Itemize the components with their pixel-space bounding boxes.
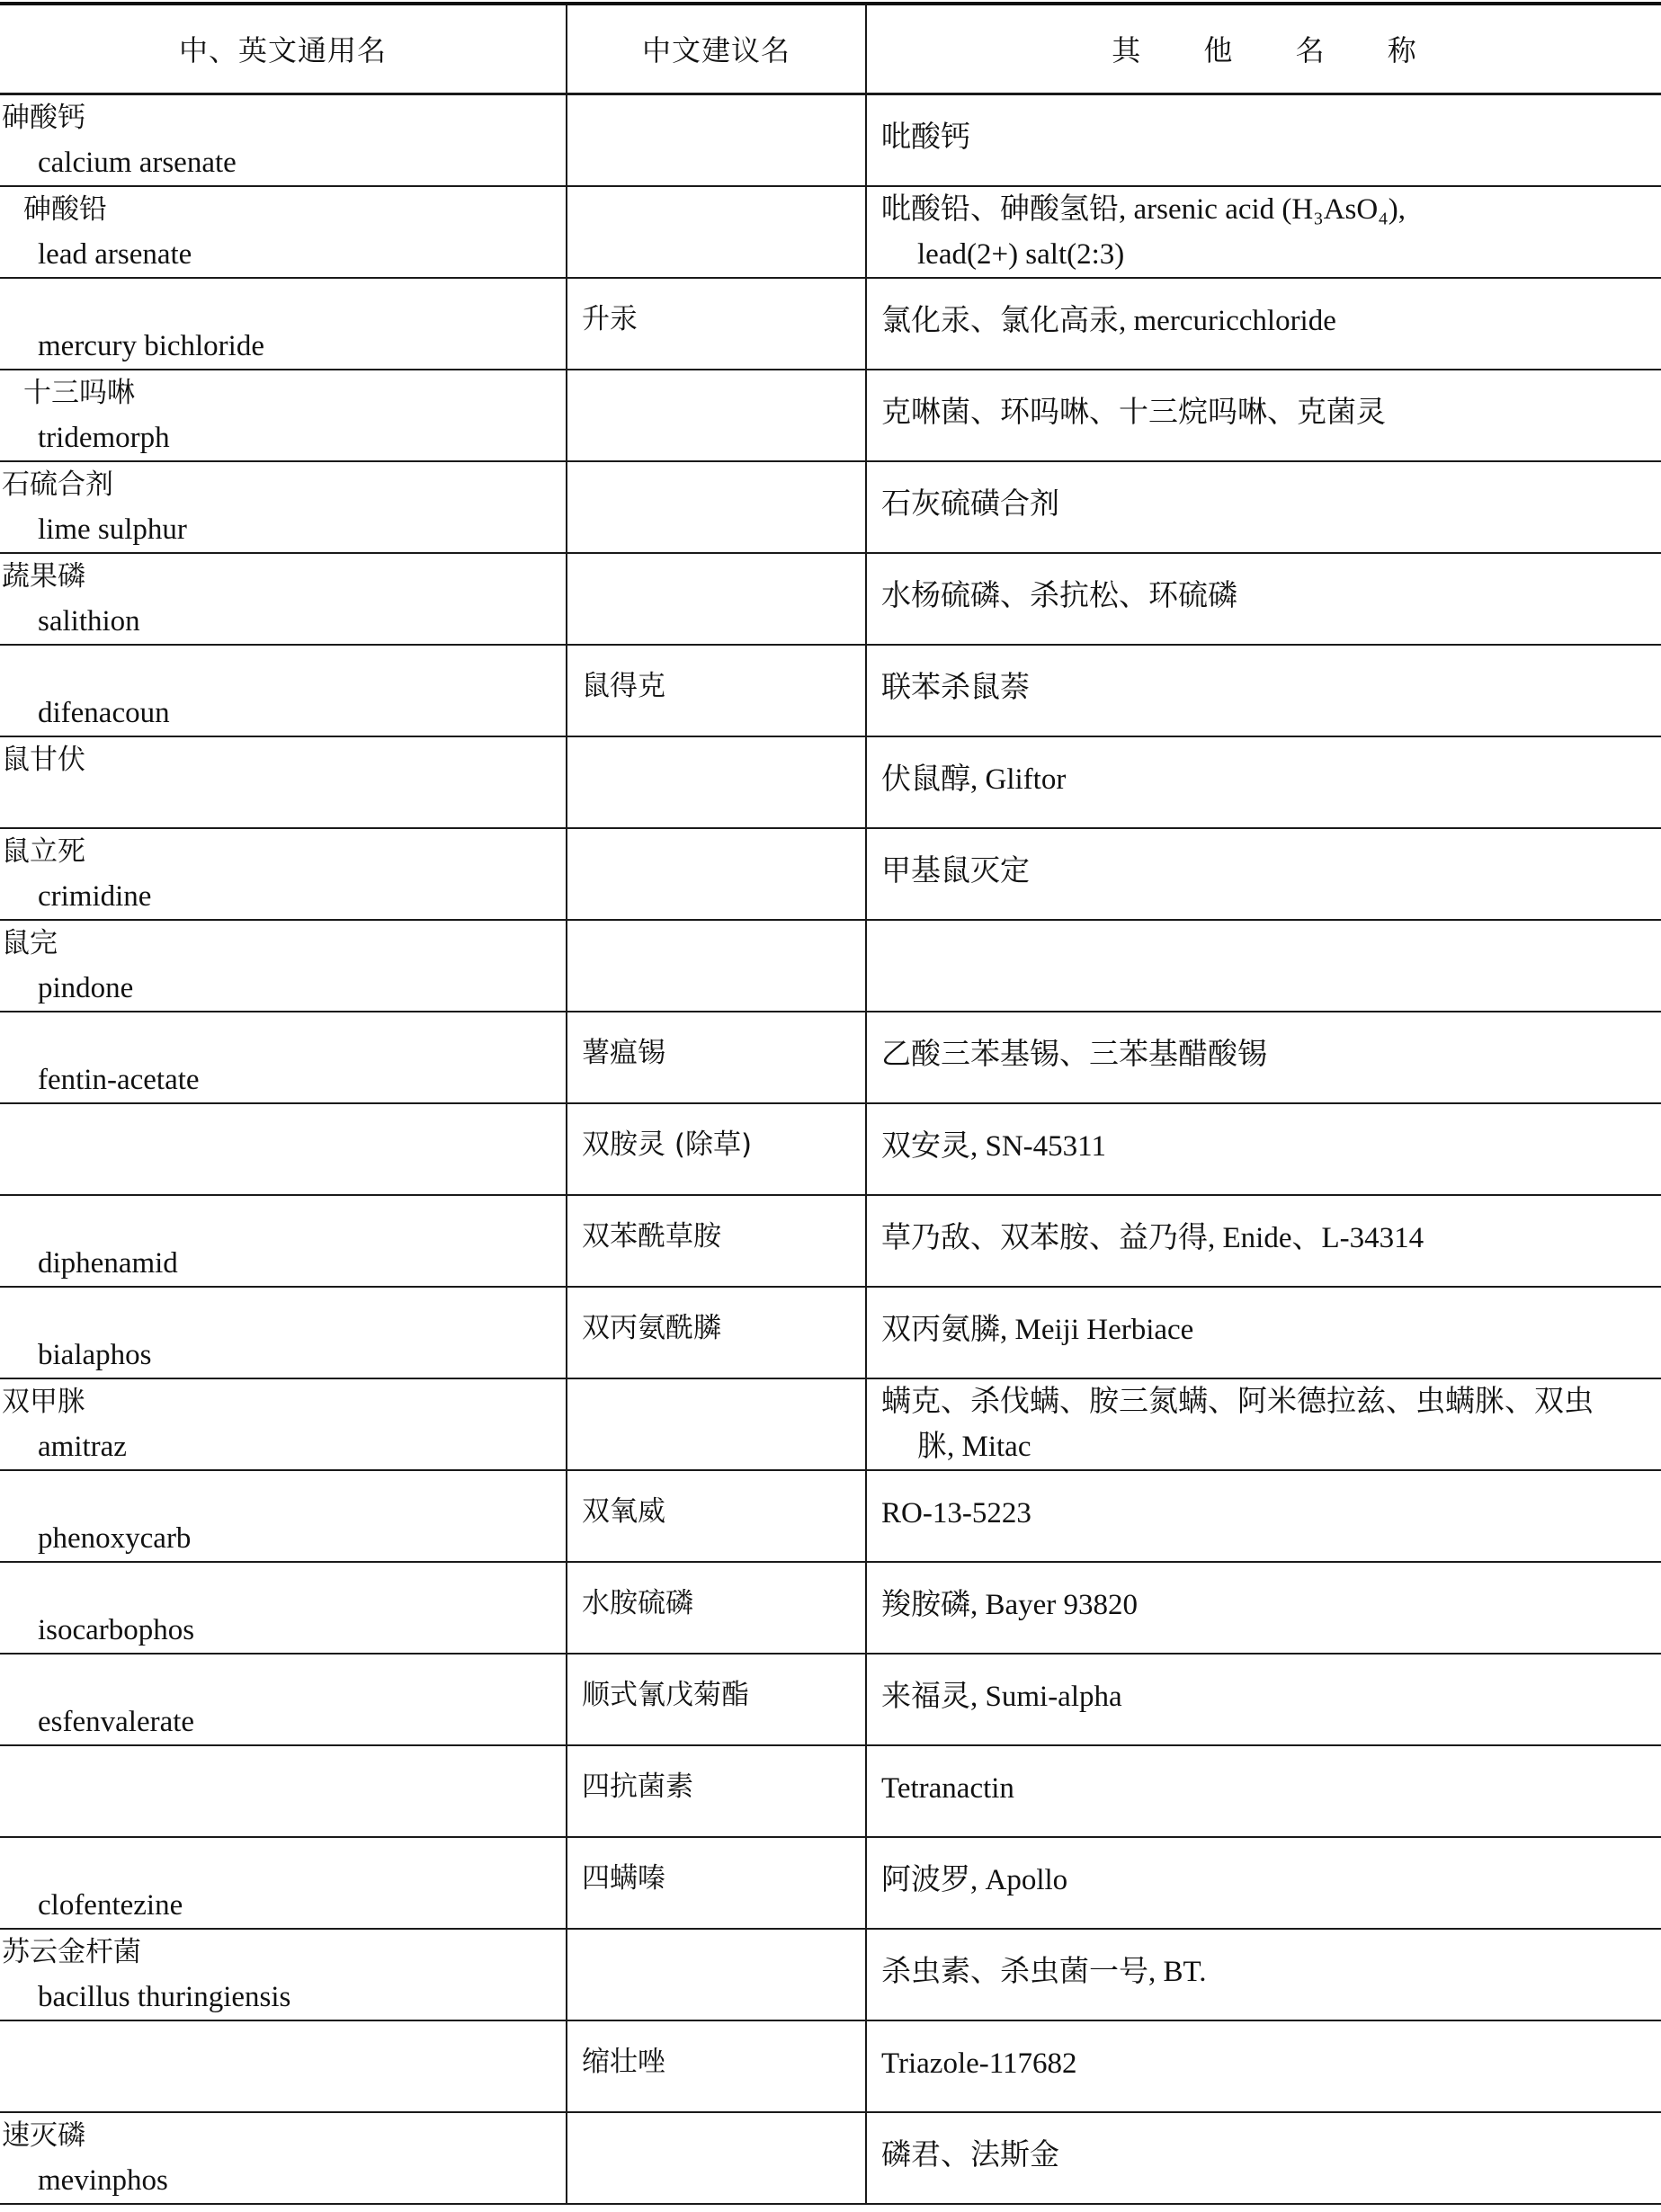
english-common-name: lime sulphur [0,507,566,552]
chinese-common-name [0,1012,566,1057]
suggested-name-cell [567,1929,866,2020]
other-names-text: 伏鼠醇, Gliftor [867,737,1661,802]
chinese-common-name [0,1838,566,1883]
english-common-name [0,1149,566,1194]
suggested-chinese-name [567,1379,865,1397]
suggested-name-cell: 双胺灵 (除草) [567,1103,866,1195]
english-common-name [0,2066,566,2111]
other-names-text: 吡酸钙 [867,95,1661,160]
suggested-name-cell: 顺式氰戊菊酯 [567,1654,866,1745]
other-names-cell: 阿波罗, Apollo [866,1837,1661,1929]
english-common-name: phenoxycarb [0,1516,566,1561]
english-common-name: calcium arsenate [0,140,566,185]
table-row: 鼠立死crimidine甲基鼠灭定 [0,828,1661,920]
table-row: 双甲脒amitraz螨克、杀伐螨、胺三氮螨、阿米德拉兹、虫螨脒、双虫脒, Mit… [0,1378,1661,1470]
suggested-chinese-name: 鼠得克 [567,646,865,709]
other-names-text: 羧胺磷, Bayer 93820 [867,1563,1661,1628]
common-name-cell: diphenamid [0,1195,567,1287]
other-names-text: 螨克、杀伐螨、胺三氮螨、阿米德拉兹、虫螨脒、双虫 [867,1379,1661,1424]
chinese-common-name [0,1746,566,1791]
other-names-continuation: lead(2+) salt(2:3) [867,232,1661,277]
chinese-common-name [0,279,566,324]
other-names-cell: 草乃敌、双苯胺、益乃得, Enide、L-34314 [866,1195,1661,1287]
common-name-cell: 苏云金杆菌bacillus thuringiensis [0,1929,567,2020]
suggested-name-cell: 四螨嗪 [567,1837,866,1929]
english-common-name: mevinphos [0,2158,566,2203]
common-name-cell: 蔬果磷salithion [0,553,567,645]
chinese-common-name [0,1104,566,1149]
header-suggested-cn-name: 中文建议名 [567,4,866,94]
english-common-name: bialaphos [0,1333,566,1378]
suggested-name-cell [567,94,866,187]
english-common-name: esfenvalerate [0,1699,566,1744]
chinese-common-name: 砷酸铅 [0,187,566,232]
other-names-cell: 联苯杀鼠萘 [866,645,1661,736]
other-names-cell: 羧胺磷, Bayer 93820 [866,1562,1661,1654]
common-name-cell: bialaphos [0,1287,567,1378]
other-names-text: 双丙氨膦, Meiji Herbiace [867,1288,1661,1352]
other-names-cell: 克啉菌、环吗啉、十三烷吗啉、克菌灵 [866,370,1661,461]
suggested-name-cell [567,553,866,645]
table-row: bialaphos双丙氨酰膦双丙氨膦, Meiji Herbiace [0,1287,1661,1378]
table-row: 十三吗啉tridemorph克啉菌、环吗啉、十三烷吗啉、克菌灵 [0,370,1661,461]
suggested-chinese-name: 顺式氰戊菊酯 [567,1655,865,1717]
english-common-name: difenacoun [0,691,566,736]
table-row: fentin-acetate薯瘟锡乙酸三苯基锡、三苯基醋酸锡 [0,1012,1661,1103]
other-names-cell: 水杨硫磷、杀抗松、环硫磷 [866,553,1661,645]
other-names-cell: Triazole-117682 [866,2020,1661,2112]
chinese-common-name: 石硫合剂 [0,462,566,507]
other-names-cell: 乙酸三苯基锡、三苯基醋酸锡 [866,1012,1661,1103]
other-names-text: 阿波罗, Apollo [867,1838,1661,1903]
english-common-name: pindone [0,966,566,1011]
other-names-cell: 石灰硫磺合剂 [866,461,1661,553]
table-row: mercury bichloride升汞氯化汞、氯化高汞, mercuricch… [0,278,1661,370]
suggested-chinese-name: 双苯酰草胺 [567,1196,865,1259]
suggested-name-cell [567,186,866,278]
other-names-cell: 伏鼠醇, Gliftor [866,736,1661,828]
table-row: 鼠甘伏伏鼠醇, Gliftor [0,736,1661,828]
suggested-name-cell: 双氧威 [567,1470,866,1562]
common-name-cell [0,2020,567,2112]
suggested-name-cell [567,1378,866,1470]
common-name-cell [0,1745,567,1837]
common-name-cell: 砷酸钙calcium arsenate [0,94,567,187]
suggested-name-cell: 缩壮唑 [567,2020,866,2112]
other-names-text: 石灰硫磺合剂 [867,462,1661,527]
other-names-cell: 双安灵, SN-45311 [866,1103,1661,1195]
suggested-chinese-name: 四螨嗪 [567,1838,865,1901]
english-common-name: fentin-acetate [0,1057,566,1102]
suggested-name-cell: 鼠得克 [567,645,866,736]
other-names-cell: 甲基鼠灭定 [866,828,1661,920]
other-names-text: 磷君、法斯金 [867,2113,1661,2178]
chinese-common-name: 双甲脒 [0,1379,566,1424]
suggested-chinese-name: 水胺硫磷 [567,1563,865,1626]
other-names-text: 来福灵, Sumi-alpha [867,1655,1661,1719]
other-names-text: 吡酸铅、砷酸氢铅, arsenic acid (H₃AsO₄), [867,187,1661,232]
other-names-text: Tetranactin [867,1746,1661,1811]
table-row: 砷酸钙calcium arsenate吡酸钙 [0,94,1661,187]
suggested-name-cell: 水胺硫磷 [567,1562,866,1654]
english-common-name: mercury bichloride [0,324,566,369]
other-names-continuation: 脒, Mitac [867,1424,1661,1469]
common-name-cell: phenoxycarb [0,1470,567,1562]
other-names-text: 联苯杀鼠萘 [867,646,1661,710]
table-row: 蔬果磷salithion水杨硫磷、杀抗松、环硫磷 [0,553,1661,645]
suggested-name-cell: 四抗菌素 [567,1745,866,1837]
table-row: 鼠完pindone [0,920,1661,1012]
common-name-cell: fentin-acetate [0,1012,567,1103]
common-name-cell: 鼠完pindone [0,920,567,1012]
suggested-chinese-name [567,2113,865,2131]
chinese-common-name: 砷酸钙 [0,95,566,140]
chinese-common-name: 鼠甘伏 [0,737,566,782]
other-names-cell: 螨克、杀伐螨、胺三氮螨、阿米德拉兹、虫螨脒、双虫脒, Mitac [866,1378,1661,1470]
suggested-name-cell [567,920,866,1012]
english-common-name: tridemorph [0,415,566,460]
suggested-name-cell: 薯瘟锡 [567,1012,866,1103]
common-name-cell: clofentezine [0,1837,567,1929]
table-row: clofentezine四螨嗪阿波罗, Apollo [0,1837,1661,1929]
other-names-text: RO-13-5223 [867,1471,1661,1536]
other-names-text [867,921,1661,941]
other-names-cell [866,920,1661,1012]
common-name-cell: mercury bichloride [0,278,567,370]
english-common-name: salithion [0,599,566,644]
suggested-name-cell: 双苯酰草胺 [567,1195,866,1287]
table-header-row: 中、英文通用名 中文建议名 其 他 名 称 [0,4,1661,94]
suggested-chinese-name: 双氧威 [567,1471,865,1534]
english-common-name: crimidine [0,874,566,919]
common-name-cell [0,1103,567,1195]
chinese-common-name [0,1655,566,1699]
chinese-common-name: 速灭磷 [0,2113,566,2158]
common-name-cell: isocarbophos [0,1562,567,1654]
table-row: 缩壮唑Triazole-117682 [0,2020,1661,2112]
header-other-names: 其 他 名 称 [866,4,1661,94]
chinese-common-name [0,1196,566,1241]
other-names-text: 双安灵, SN-45311 [867,1104,1661,1169]
chinese-common-name: 十三吗啉 [0,370,566,415]
suggested-chinese-name [567,829,865,847]
table-row: 砷酸铅lead arsenate吡酸铅、砷酸氢铅, arsenic acid (… [0,186,1661,278]
suggested-chinese-name: 薯瘟锡 [567,1012,865,1075]
english-common-name: amitraz [0,1424,566,1469]
chinese-common-name: 鼠完 [0,921,566,966]
table-row: esfenvalerate顺式氰戊菊酯来福灵, Sumi-alpha [0,1654,1661,1745]
common-name-cell: 速灭磷mevinphos [0,2112,567,2204]
common-name-cell: 鼠甘伏 [0,736,567,828]
pesticide-names-table: 中、英文通用名 中文建议名 其 他 名 称 砷酸钙calcium arsenat… [0,4,1661,2205]
other-names-cell: 双丙氨膦, Meiji Herbiace [866,1287,1661,1378]
english-common-name: bacillus thuringiensis [0,1975,566,2020]
english-common-name: clofentezine [0,1883,566,1928]
chinese-common-name: 蔬果磷 [0,554,566,599]
suggested-name-cell: 双丙氨酰膦 [567,1287,866,1378]
suggested-name-cell [567,736,866,828]
other-names-text: Triazole-117682 [867,2021,1661,2086]
table-row: phenoxycarb双氧威RO-13-5223 [0,1470,1661,1562]
common-name-cell: 石硫合剂lime sulphur [0,461,567,553]
chinese-common-name [0,2021,566,2066]
document-page: 中、英文通用名 中文建议名 其 他 名 称 砷酸钙calcium arsenat… [0,0,1661,2212]
other-names-cell: 吡酸钙 [866,94,1661,187]
other-names-cell: RO-13-5223 [866,1470,1661,1562]
table-body: 砷酸钙calcium arsenate吡酸钙砷酸铅lead arsenate吡酸… [0,94,1661,2205]
suggested-name-cell [567,2112,866,2204]
suggested-chinese-name [567,1930,865,1948]
suggested-chinese-name: 缩壮唑 [567,2021,865,2084]
table-row: isocarbophos水胺硫磷羧胺磷, Bayer 93820 [0,1562,1661,1654]
other-names-text: 乙酸三苯基锡、三苯基醋酸锡 [867,1012,1661,1077]
suggested-chinese-name: 四抗菌素 [567,1746,865,1809]
english-common-name: lead arsenate [0,232,566,277]
suggested-chinese-name: 升汞 [567,279,865,342]
suggested-name-cell [567,828,866,920]
english-common-name [0,782,566,827]
chinese-common-name [0,1288,566,1333]
other-names-cell: 吡酸铅、砷酸氢铅, arsenic acid (H₃AsO₄),lead(2+)… [866,186,1661,278]
english-common-name: isocarbophos [0,1608,566,1653]
table-row: diphenamid双苯酰草胺草乃敌、双苯胺、益乃得, Enide、L-3431… [0,1195,1661,1287]
common-name-cell: 双甲脒amitraz [0,1378,567,1470]
other-names-cell: 杀虫素、杀虫菌一号, BT. [866,1929,1661,2020]
table-row: 石硫合剂lime sulphur石灰硫磺合剂 [0,461,1661,553]
common-name-cell: 十三吗啉tridemorph [0,370,567,461]
table-row: 四抗菌素Tetranactin [0,1745,1661,1837]
table-row: difenacoun鼠得克联苯杀鼠萘 [0,645,1661,736]
other-names-cell: 来福灵, Sumi-alpha [866,1654,1661,1745]
common-name-cell: 鼠立死crimidine [0,828,567,920]
suggested-chinese-name [567,95,865,113]
other-names-text: 氯化汞、氯化高汞, mercuricchloride [867,279,1661,343]
english-common-name: diphenamid [0,1241,566,1286]
other-names-text: 草乃敌、双苯胺、益乃得, Enide、L-34314 [867,1196,1661,1261]
table-row: 苏云金杆菌bacillus thuringiensis杀虫素、杀虫菌一号, BT… [0,1929,1661,2020]
chinese-common-name [0,1471,566,1516]
other-names-cell: Tetranactin [866,1745,1661,1837]
other-names-text: 水杨硫磷、杀抗松、环硫磷 [867,554,1661,619]
english-common-name [0,1791,566,1836]
suggested-name-cell [567,461,866,553]
other-names-cell: 氯化汞、氯化高汞, mercuricchloride [866,278,1661,370]
common-name-cell: esfenvalerate [0,1654,567,1745]
suggested-chinese-name [567,554,865,572]
suggested-chinese-name [567,187,865,205]
suggested-name-cell: 升汞 [567,278,866,370]
other-names-text: 甲基鼠灭定 [867,829,1661,894]
chinese-common-name: 鼠立死 [0,829,566,874]
chinese-common-name: 苏云金杆菌 [0,1930,566,1975]
suggested-chinese-name [567,462,865,480]
suggested-chinese-name [567,370,865,388]
table-row: 速灭磷mevinphos磷君、法斯金 [0,2112,1661,2204]
other-names-cell: 磷君、法斯金 [866,2112,1661,2204]
chinese-common-name [0,1563,566,1608]
table-row: 双胺灵 (除草)双安灵, SN-45311 [0,1103,1661,1195]
common-name-cell: 砷酸铅lead arsenate [0,186,567,278]
suggested-chinese-name: 双胺灵 (除草) [567,1104,865,1167]
other-names-text: 克啉菌、环吗啉、十三烷吗啉、克菌灵 [867,370,1661,435]
suggested-name-cell [567,370,866,461]
common-name-cell: difenacoun [0,645,567,736]
suggested-chinese-name [567,737,865,755]
suggested-chinese-name [567,921,865,939]
header-common-name: 中、英文通用名 [0,4,567,94]
other-names-text: 杀虫素、杀虫菌一号, BT. [867,1930,1661,1994]
chinese-common-name [0,646,566,691]
suggested-chinese-name: 双丙氨酰膦 [567,1288,865,1351]
